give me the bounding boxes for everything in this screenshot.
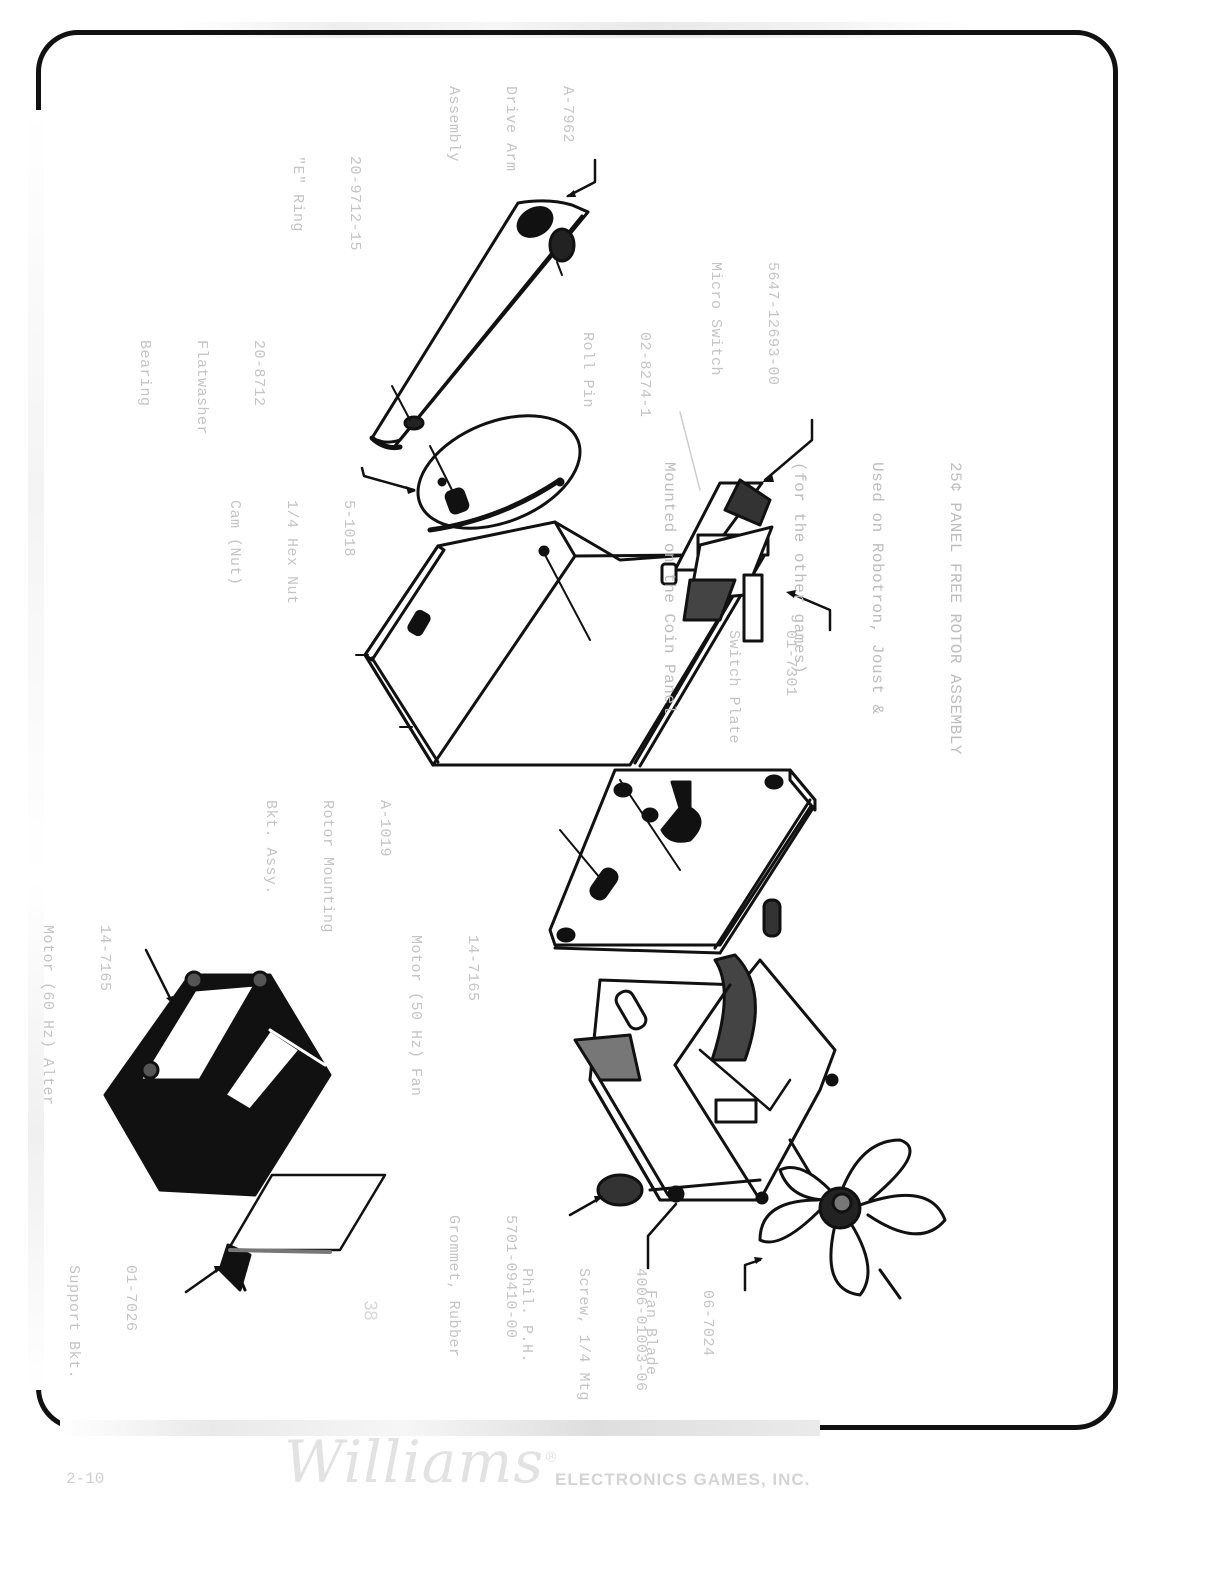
callout-support-bracket: 01-7026 Support Bkt. [45, 1265, 178, 1379]
motor [575, 955, 837, 1203]
callout-fan-blade: 06-7024 Fan Blade [622, 1290, 755, 1376]
company-name: ELECTRONICS GAMES, INC. [555, 1470, 810, 1490]
callout-drive-arm: A-7962 Drive Arm Assembly [425, 86, 615, 172]
title-line-2: Used on Robotron, Joust & [864, 462, 890, 755]
callout-motor-alternate: 14-7165 Motor (60 Hz) Alter [19, 925, 152, 1106]
callout-roll-pin: 02-8274-1 Roll Pin [559, 332, 692, 418]
callout-motor-fan: 14-7165 Motor (50 Hz) Fan [387, 935, 520, 1097]
drive-arm [372, 201, 588, 448]
page-number: 2-10 [66, 1470, 104, 1488]
callout-flatwasher: 20-8712 Flatwasher Bearing [116, 340, 306, 435]
callout-micro-switch: 5647-12693-00 Micro Switch [687, 262, 820, 386]
title-line-1: 25¢ PANEL FREE ROTOR ASSEMBLY [942, 462, 968, 755]
figure-number: 38 [360, 1300, 381, 1320]
williams-logo: Williams® [284, 1428, 559, 1496]
title-line-5: Mounted on the Coin Panel [656, 462, 682, 755]
callout-e-ring: 20-9712-15 "E" Ring [269, 156, 402, 251]
grommet [598, 1175, 642, 1205]
callout-rotor-housing: A-1019 Rotor Mounting Bkt. Assy. [242, 800, 432, 933]
rotor-housing [550, 770, 815, 953]
callout-cam-nut: 5-1018 1/4 Hex Nut Cam (Nut) [206, 500, 396, 605]
fan-blade [760, 1140, 945, 1298]
callout-switch-plate: 01-7301 Switch Plate [705, 630, 838, 744]
